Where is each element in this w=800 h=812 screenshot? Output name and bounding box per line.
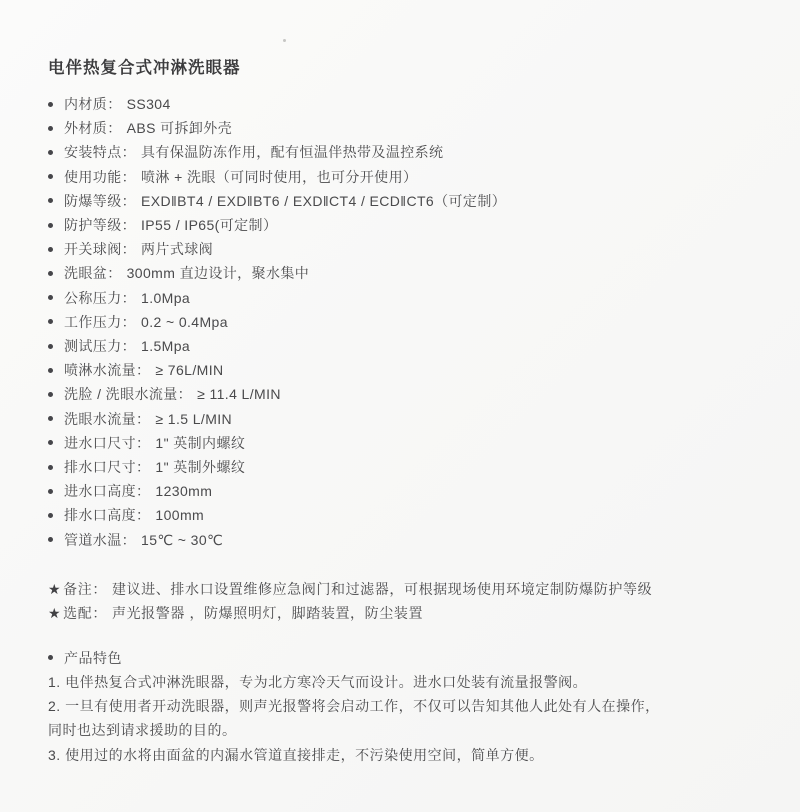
- spec-colon: ：: [136, 435, 150, 451]
- bullet-icon: [48, 513, 53, 518]
- spec-item: 外材质：ABS 可拆卸外壳: [48, 116, 760, 140]
- spec-value: 具有保温防冻作用，配有恒温伴热带及温控系统: [141, 144, 443, 160]
- note-colon: ：: [92, 605, 107, 621]
- bullet-icon: [48, 223, 53, 228]
- feature-line: 同时也达到请求援助的目的。: [48, 718, 760, 742]
- bullet-icon: [48, 392, 53, 397]
- spec-value: SS304: [127, 96, 171, 112]
- spec-label: 使用功能: [64, 169, 122, 185]
- spec-item: 测试压力：1.5Mpa: [48, 334, 760, 358]
- spec-item: 使用功能：喷淋 + 洗眼（可同时使用，也可分开使用）: [48, 165, 760, 189]
- spec-colon: ：: [107, 96, 121, 112]
- spec-label: 喷淋水流量: [64, 362, 136, 378]
- bullet-icon: [48, 344, 53, 349]
- note-value: 建议进、排水口设置维修应急阀门和过滤器，可根据现场使用环境定制防爆防护等级: [112, 581, 652, 597]
- spec-value: 1" 英制内螺纹: [155, 435, 245, 451]
- spec-colon: ：: [122, 314, 136, 330]
- notes-section: ★备注：建议进、排水口设置维修应急阀门和过滤器，可根据现场使用环境定制防爆防护等…: [48, 577, 760, 626]
- spec-colon: ：: [122, 290, 136, 306]
- spec-label: 防爆等级: [64, 193, 122, 209]
- note-label: 选配: [63, 605, 92, 621]
- bullet-icon: [48, 198, 53, 203]
- spec-value: 1230mm: [155, 483, 212, 499]
- bullet-icon: [48, 368, 53, 373]
- spec-label: 进水口高度: [64, 483, 136, 499]
- spec-colon: ：: [122, 169, 136, 185]
- spec-item: 安装特点：具有保温防冻作用，配有恒温伴热带及温控系统: [48, 140, 760, 164]
- spec-label: 公称压力: [64, 290, 122, 306]
- spec-value: ≥ 1.5 L/MIN: [155, 411, 232, 427]
- bullet-icon: [48, 102, 53, 107]
- spec-colon: ：: [122, 241, 136, 257]
- scan-speck: [283, 39, 286, 42]
- spec-label: 洗眼盆: [64, 265, 107, 281]
- spec-label: 开关球阀: [64, 241, 122, 257]
- spec-colon: ：: [136, 411, 150, 427]
- spec-item: 排水口尺寸：1" 英制外螺纹: [48, 455, 760, 479]
- spec-value: ≥ 11.4 L/MIN: [197, 386, 281, 402]
- spec-value: 1" 英制外螺纹: [155, 459, 245, 475]
- page-title: 电伴热复合式冲淋洗眼器: [48, 57, 760, 79]
- spec-item: 公称压力：1.0Mpa: [48, 286, 760, 310]
- spec-colon: ：: [107, 265, 121, 281]
- product-description-page: 电伴热复合式冲淋洗眼器 内材质：SS304 外材质：ABS 可拆卸外壳 安装特点…: [0, 0, 800, 767]
- note-colon: ：: [92, 581, 107, 597]
- spec-item: 洗眼盆：300mm 直边设计，聚水集中: [48, 261, 760, 285]
- note-value: 声光报警器 ，防爆照明灯，脚踏装置，防尘装置: [112, 605, 423, 621]
- feature-line: 2. 一旦有使用者开动洗眼器，则声光报警将会启动工作，不仅可以告知其他人此处有人…: [48, 694, 760, 718]
- note-item: ★选配：声光报警器 ，防爆照明灯，脚踏装置，防尘装置: [48, 601, 760, 626]
- bullet-icon: [48, 440, 53, 445]
- spec-label: 排水口尺寸: [64, 459, 136, 475]
- bullet-icon: [48, 655, 53, 660]
- bullet-icon: [48, 150, 53, 155]
- spec-item: 工作压力：0.2 ~ 0.4Mpa: [48, 310, 760, 334]
- feature-line: 1. 电伴热复合式冲淋洗眼器，专为北方寒冷天气而设计。进水口处装有流量报警阀。: [48, 670, 760, 694]
- spec-value: 15℃ ~ 30℃: [141, 532, 223, 548]
- bullet-icon: [48, 537, 53, 542]
- spec-item: 防护等级：IP55 / IP65(可定制）: [48, 213, 760, 237]
- bullet-icon: [48, 126, 53, 131]
- bullet-icon: [48, 247, 53, 252]
- bullet-icon: [48, 489, 53, 494]
- spec-list: 内材质：SS304 外材质：ABS 可拆卸外壳 安装特点：具有保温防冻作用，配有…: [48, 92, 760, 552]
- spec-item: 洗眼水流量：≥ 1.5 L/MIN: [48, 407, 760, 431]
- spec-value: IP55 / IP65(可定制）: [141, 217, 277, 233]
- bullet-icon: [48, 465, 53, 470]
- spec-item: 进水口高度：1230mm: [48, 479, 760, 503]
- spec-colon: ：: [122, 338, 136, 354]
- star-icon: ★: [48, 581, 61, 597]
- spec-item: 内材质：SS304: [48, 92, 760, 116]
- spec-item: 防爆等级：EXD‖BT4 / EXD‖BT6 / EXD‖CT4 / ECD‖C…: [48, 189, 760, 213]
- spec-colon: ：: [122, 193, 136, 209]
- features-heading: 产品特色: [48, 646, 760, 670]
- spec-value: 0.2 ~ 0.4Mpa: [141, 314, 228, 330]
- spec-label: 洗眼水流量: [64, 411, 136, 427]
- spec-colon: ：: [178, 386, 192, 402]
- star-icon: ★: [48, 605, 61, 621]
- note-item: ★备注：建议进、排水口设置维修应急阀门和过滤器，可根据现场使用环境定制防爆防护等…: [48, 577, 760, 602]
- spec-label: 安装特点: [64, 144, 122, 160]
- features-heading-label: 产品特色: [64, 650, 122, 666]
- spec-item: 洗脸 / 洗眼水流量：≥ 11.4 L/MIN: [48, 382, 760, 406]
- spec-value: ABS 可拆卸外壳: [127, 120, 233, 136]
- spec-value: 喷淋 + 洗眼（可同时使用，也可分开使用）: [141, 169, 417, 185]
- spec-label: 测试压力: [64, 338, 122, 354]
- spec-value: EXD‖BT4 / EXD‖BT6 / EXD‖CT4 / ECD‖CT6（可定…: [141, 193, 506, 209]
- bullet-icon: [48, 174, 53, 179]
- spec-label: 洗脸 / 洗眼水流量: [64, 386, 178, 402]
- spec-item: 喷淋水流量：≥ 76L/MIN: [48, 358, 760, 382]
- spec-label: 工作压力: [64, 314, 122, 330]
- feature-line: 3. 使用过的水将由面盆的内漏水管道直接排走，不污染使用空间，简单方便。: [48, 743, 760, 767]
- bullet-icon: [48, 295, 53, 300]
- spec-colon: ：: [136, 362, 150, 378]
- spec-colon: ：: [122, 144, 136, 160]
- spec-value: 两片式球阀: [141, 241, 213, 257]
- spec-value: ≥ 76L/MIN: [155, 362, 223, 378]
- spec-colon: ：: [122, 532, 136, 548]
- features-section: 产品特色 1. 电伴热复合式冲淋洗眼器，专为北方寒冷天气而设计。进水口处装有流量…: [48, 646, 760, 767]
- spec-item: 进水口尺寸：1" 英制内螺纹: [48, 431, 760, 455]
- bullet-icon: [48, 416, 53, 421]
- spec-colon: ：: [136, 483, 150, 499]
- spec-label: 防护等级: [64, 217, 122, 233]
- bullet-icon: [48, 319, 53, 324]
- spec-colon: ：: [136, 507, 150, 523]
- spec-colon: ：: [136, 459, 150, 475]
- spec-label: 进水口尺寸: [64, 435, 136, 451]
- spec-value: 1.5Mpa: [141, 338, 190, 354]
- spec-colon: ：: [122, 217, 136, 233]
- spec-value: 1.0Mpa: [141, 290, 190, 306]
- spec-item: 开关球阀：两片式球阀: [48, 237, 760, 261]
- spec-value: 300mm 直边设计，聚水集中: [127, 265, 310, 281]
- spec-label: 内材质: [64, 96, 107, 112]
- spec-label: 外材质: [64, 120, 107, 136]
- note-label: 备注: [63, 581, 92, 597]
- features-paragraphs: 1. 电伴热复合式冲淋洗眼器，专为北方寒冷天气而设计。进水口处装有流量报警阀。 …: [48, 670, 760, 767]
- spec-value: 100mm: [155, 507, 204, 523]
- spec-item: 管道水温：15℃ ~ 30℃: [48, 528, 760, 552]
- spec-label: 管道水温: [64, 532, 122, 548]
- spec-colon: ：: [107, 120, 121, 136]
- spec-label: 排水口高度: [64, 507, 136, 523]
- spec-item: 排水口高度：100mm: [48, 503, 760, 527]
- bullet-icon: [48, 271, 53, 276]
